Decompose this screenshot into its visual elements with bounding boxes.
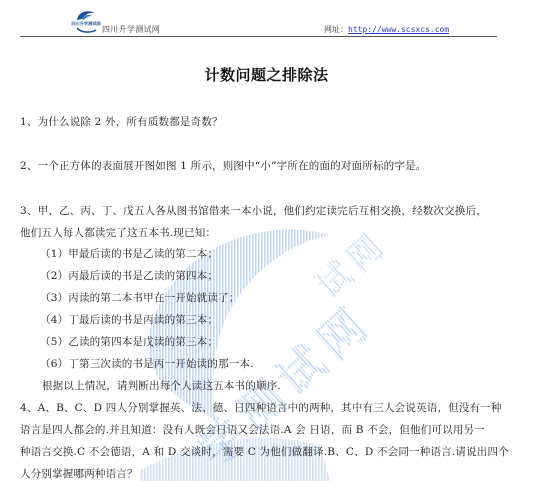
question-1: 1、为什么说除 2 外，所有质数都是奇数？ [20,114,223,129]
condition-item: （4）丁最后读的书是丙读的第三本； [40,312,218,327]
condition-item: （1）甲最后读的书是乙读的第二本； [40,246,218,261]
condition-item: （3）丙读的第二本书甲在一开始就读了； [40,290,239,305]
condition-item: （2）丙最后读的书是乙读的第四本； [40,268,218,283]
question-4-line-4: 人分别掌握哪两种语言？ [20,466,138,481]
question-3-closing: 根据以上情况，请判断出每个人读这五本书的顺序. [42,378,281,393]
question-3-line-2: 他们五人每人都读完了这五本书.现已知： [20,225,216,240]
question-4-line-2: 语言是四人都会的.并且知道：没有人既会日语又会法语.A 会 日语，而 B 不会，… [20,422,485,437]
document-page: 学测试网 试网 四川升学测试网 四川升学测试网 网址：http://www.sc… [0,0,533,481]
question-2: 2、一个正方体的表面展开图如图 1 所示，则图中“小”字所在的面的对面所标的字是… [20,158,426,173]
question-4-line-3: 种语言交换.C 不会德语，A 和 D 交谈时，需要 C 为他们做翻译.B、C、D… [20,444,509,459]
question-4-line-1: 4、A、B、C、D 四人分别掌握英、法、德、日四种语言中的两种，其中有三人会说英… [20,400,502,415]
condition-item: （6）丁第三次读的书是丙一开始读的那一本. [40,356,254,371]
condition-item: （5）乙读的第四本是戊读的第三本； [40,334,218,349]
page-title: 计数问题之排除法 [0,64,533,85]
document-body: 计数问题之排除法 1、为什么说除 2 外，所有质数都是奇数？ 2、一个正方体的表… [0,0,533,481]
question-3-line-1: 3、甲、乙、丙、丁、戊五人各从图书馆借来一本小说，他们约定读完后互相交换，经数次… [20,203,487,218]
